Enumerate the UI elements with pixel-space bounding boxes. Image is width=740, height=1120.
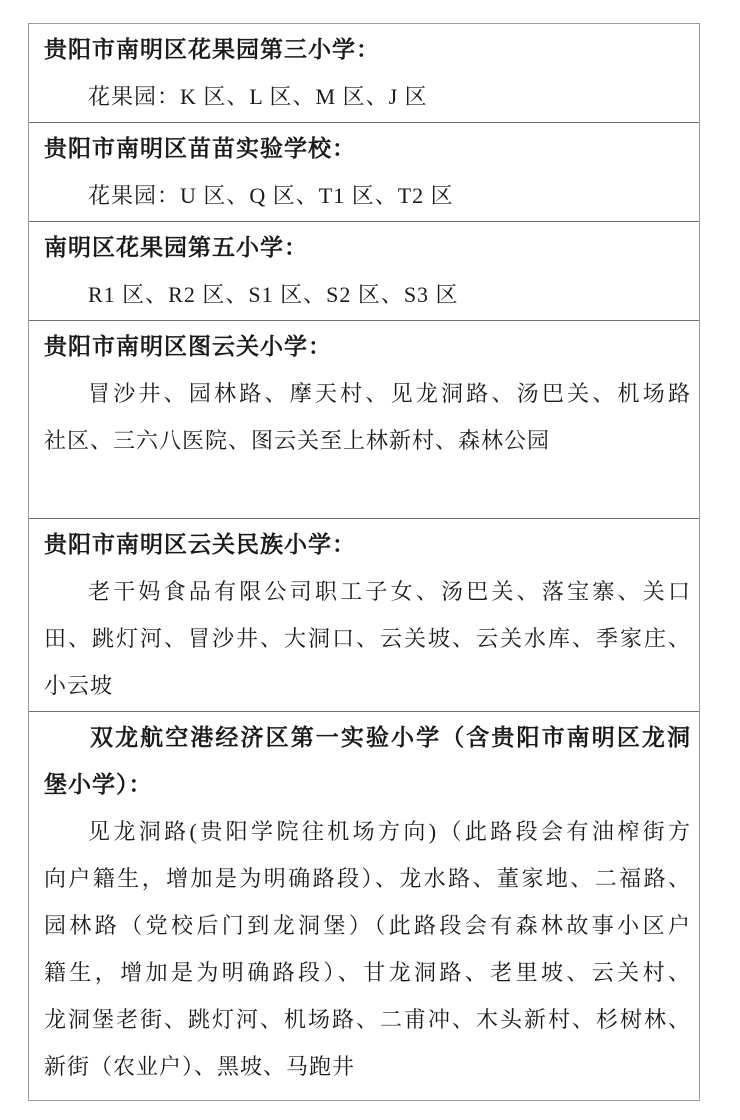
- text-line: 双龙航空港经济区第一实验小学（含贵阳市南明区龙洞: [44, 714, 691, 761]
- text-line: 冒沙井、园林路、摩天村、见龙洞路、汤巴关、机场路: [44, 370, 691, 417]
- text-line: 花果园：U 区、Q 区、T1 区、T2 区: [44, 172, 691, 219]
- text-line: 南明区花果园第五小学：: [44, 224, 691, 271]
- text-line: 老干妈食品有限公司职工子女、汤巴关、落宝寨、关口: [44, 568, 691, 615]
- table-row: 贵阳市南明区花果园第三小学： 花果园：K 区、L 区、M 区、J 区: [29, 24, 699, 122]
- text-line: 堡小学）：: [44, 761, 691, 808]
- text-line: 园林路（党校后门到龙洞堡）（此路段会有森林故事小区户: [44, 902, 691, 949]
- table-row: 贵阳市南明区苗苗实验学校： 花果园：U 区、Q 区、T1 区、T2 区: [29, 122, 699, 221]
- text-line: 社区、三六八医院、图云关至上林新村、森林公园: [44, 417, 691, 464]
- district-list: 花果园：K 区、L 区、M 区、J 区: [44, 73, 691, 120]
- school-name: 贵阳市南明区苗苗实验学校：: [44, 125, 691, 172]
- text-line: 贵阳市南明区图云关小学：: [44, 323, 691, 370]
- school-name: 贵阳市南明区图云关小学：: [44, 323, 691, 370]
- text-line: 贵阳市南明区苗苗实验学校：: [44, 125, 691, 172]
- table-row: 贵阳市南明区图云关小学： 冒沙井、园林路、摩天村、见龙洞路、汤巴关、机场路社区、…: [29, 320, 699, 518]
- text-line: 花果园：K 区、L 区、M 区、J 区: [44, 73, 691, 120]
- district-list: R1 区、R2 区、S1 区、S2 区、S3 区: [44, 271, 691, 318]
- text-line: R1 区、R2 区、S1 区、S2 区、S3 区: [44, 271, 691, 318]
- table-row: 双龙航空港经济区第一实验小学（含贵阳市南明区龙洞堡小学）： 见龙洞路(贵阳学院往…: [29, 711, 699, 1100]
- text-line: 龙洞堡老街、跳灯河、机场路、二甫冲、木头新村、杉树林、: [44, 996, 691, 1043]
- district-list: 冒沙井、园林路、摩天村、见龙洞路、汤巴关、机场路社区、三六八医院、图云关至上林新…: [44, 370, 691, 464]
- school-name: 贵阳市南明区花果园第三小学：: [44, 26, 691, 73]
- district-list: 老干妈食品有限公司职工子女、汤巴关、落宝寨、关口田、跳灯河、冒沙井、大洞口、云关…: [44, 568, 691, 709]
- school-name: 双龙航空港经济区第一实验小学（含贵阳市南明区龙洞堡小学）：: [44, 714, 691, 808]
- district-list: 花果园：U 区、Q 区、T1 区、T2 区: [44, 172, 691, 219]
- table-row: 南明区花果园第五小学： R1 区、R2 区、S1 区、S2 区、S3 区: [29, 221, 699, 320]
- text-line: 向户籍生，增加是为明确路段）、龙水路、董家地、二福路、: [44, 855, 691, 902]
- table-row: 贵阳市南明区云关民族小学： 老干妈食品有限公司职工子女、汤巴关、落宝寨、关口田、…: [29, 518, 699, 711]
- text-line: 籍生，增加是为明确路段）、甘龙洞路、老里坡、云关村、: [44, 949, 691, 996]
- school-name: 贵阳市南明区云关民族小学：: [44, 521, 691, 568]
- district-list: 见龙洞路(贵阳学院往机场方向)（此路段会有油榨街方向户籍生，增加是为明确路段）、…: [44, 808, 691, 1090]
- text-line: 小云坡: [44, 662, 691, 709]
- text-line: 新街（农业户）、黑坡、马跑井: [44, 1043, 691, 1090]
- school-district-table: 贵阳市南明区花果园第三小学： 花果园：K 区、L 区、M 区、J 区 贵阳市南明…: [28, 23, 700, 1101]
- text-line: 贵阳市南明区云关民族小学：: [44, 521, 691, 568]
- text-line: 见龙洞路(贵阳学院往机场方向)（此路段会有油榨街方: [44, 808, 691, 855]
- text-line: 贵阳市南明区花果园第三小学：: [44, 26, 691, 73]
- school-name: 南明区花果园第五小学：: [44, 224, 691, 271]
- text-line: 田、跳灯河、冒沙井、大洞口、云关坡、云关水库、季家庄、: [44, 615, 691, 662]
